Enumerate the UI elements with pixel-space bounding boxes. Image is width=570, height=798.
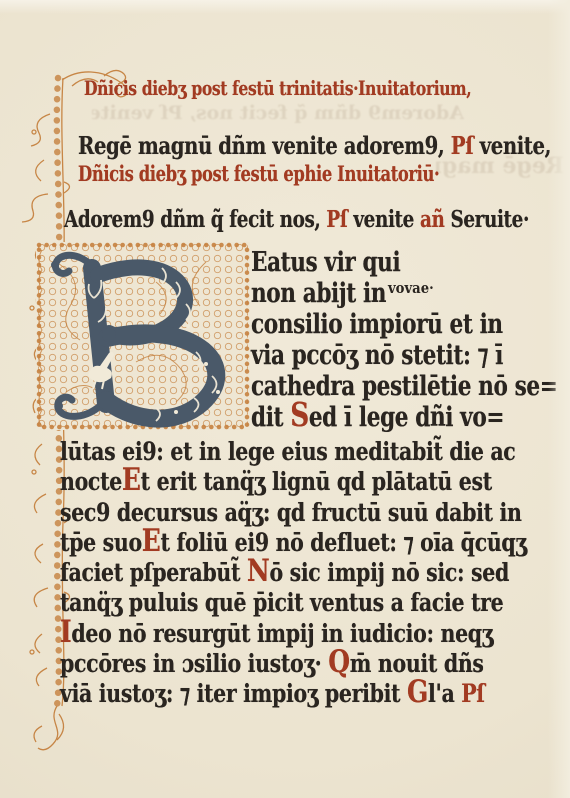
psalter-page: Adorem9 dñm q̃ fecit nos, Pſ venite añ S…	[0, 0, 570, 798]
text-segment: venite	[353, 206, 420, 233]
text-segment: añ	[420, 206, 451, 233]
rubric-invitatory-trinity: Dñicis diebʒ post festū trinitatis·Inuit…	[84, 76, 471, 100]
text-line: via pccōʒ nō stetit: ⁊ ī	[251, 340, 555, 371]
red-versal: N	[247, 553, 270, 589]
text-line: Ideo nō resurgūt impij in iudicio: neqʒ	[60, 619, 552, 649]
text-segment: Dñicis diebʒ post festū ephie Inuitatori…	[78, 161, 439, 186]
text-line: non abijt in	[251, 278, 555, 309]
text-line: tanq̈ʒ puluis quē p̄icit ventus a facie …	[60, 588, 552, 618]
illuminated-initial-b	[36, 242, 250, 430]
text-segment: Adorem9 dñm q̃ fecit nos,	[64, 206, 326, 233]
text-segment: venite,	[480, 131, 551, 160]
rubric-invitatory-epiphany: Dñicis diebʒ post festū ephie Inuitatori…	[78, 161, 439, 186]
text-segment: Dñicis diebʒ post festū trinitatis·Inuit…	[84, 76, 471, 100]
text-segment: Pſ	[461, 679, 485, 708]
text-segment: Pſ	[451, 131, 480, 160]
text-segment: consilio impiorū et in	[251, 309, 503, 340]
text-line: faciet pſperabūt̃ Nō sic impij nō sic: s…	[60, 558, 552, 588]
text-segment: deo nō resurgūt impij in iudicio: neqʒ	[71, 619, 493, 648]
text-line: sec9 decursus aq̈ʒ: qd fructū suū dabit …	[60, 498, 552, 528]
red-versal: Q	[328, 644, 349, 680]
text-segment: Regē magnū dñm venite adorem9,	[78, 131, 451, 160]
psalm-text-beside-initial: Eatus vir quinon abijt inconsilio impior…	[251, 247, 555, 433]
text-line: viā iustoʒ: ⁊ iter impioʒ peribit Gl'a P…	[60, 679, 552, 709]
text-line: pccōres in ɔsilio iustoʒ· Qm̄ nouit dñs	[60, 649, 552, 679]
text-segment: t foliū ei9 nō defluet: ⁊ oīa q̄cūqʒ	[161, 528, 527, 557]
text-line: consilio impiorū et in	[251, 309, 555, 340]
red-versal: E	[142, 523, 161, 559]
red-versal: I	[60, 614, 71, 650]
text-line: tp̄e suoEt foliū ei9 nō defluet: ⁊ oīa q…	[60, 528, 552, 558]
text-segment: ō sic impij nō sic: sed	[269, 558, 509, 587]
text-segment: dit	[251, 402, 290, 433]
text-segment: pccōres in ɔsilio iustoʒ·	[60, 649, 328, 678]
text-segment: viā iustoʒ: ⁊ iter impioʒ peribit	[60, 679, 407, 708]
red-versal: S	[290, 395, 309, 434]
text-segment: faciet pſperabūt̃	[60, 558, 247, 587]
text-segment: Seruite·	[450, 206, 528, 233]
text-segment: tp̄e suo	[60, 528, 142, 557]
text-line: Eatus vir qui	[251, 247, 555, 278]
text-segment: nocte	[60, 467, 122, 496]
text-segment: ed ī lege dñi vo=	[309, 402, 504, 433]
red-versal: G	[407, 674, 428, 710]
text-segment: Pſ	[326, 206, 353, 233]
text-segment: t erit tanq̈ʒ lignū qd plātatū est	[141, 467, 492, 496]
text-segment: via pccōʒ nō stetit: ⁊ ī	[251, 340, 503, 371]
text-segment: sec9 decursus aq̈ʒ: qd fructū suū dabit …	[60, 498, 522, 527]
text-segment: non abijt in	[251, 278, 386, 309]
text-segment: l'a	[428, 679, 461, 708]
text-segment: tanq̈ʒ puluis quē p̄icit ventus a facie …	[60, 588, 503, 617]
psalm-text-full-width: lūtas ei9: et in lege eius meditabit̃ di…	[60, 437, 552, 710]
antiphon-rege-magnum: Regē magnū dñm venite adorem9, Pſ venite…	[78, 131, 551, 160]
verso-show-through: Adorem9 dñm q̃ fecit nos, Pſ venite añ S…	[92, 102, 464, 124]
text-segment: Eatus vir qui	[251, 247, 400, 278]
text-line: dit Sed ī lege dñi vo=	[251, 402, 555, 433]
antiphon-adoremus: Adorem9 dñm q̃ fecit nos, Pſ venite añ S…	[64, 206, 529, 233]
text-line: nocteEt erit tanq̈ʒ lignū qd plātatū est	[60, 467, 552, 497]
red-versal: E	[122, 462, 141, 498]
